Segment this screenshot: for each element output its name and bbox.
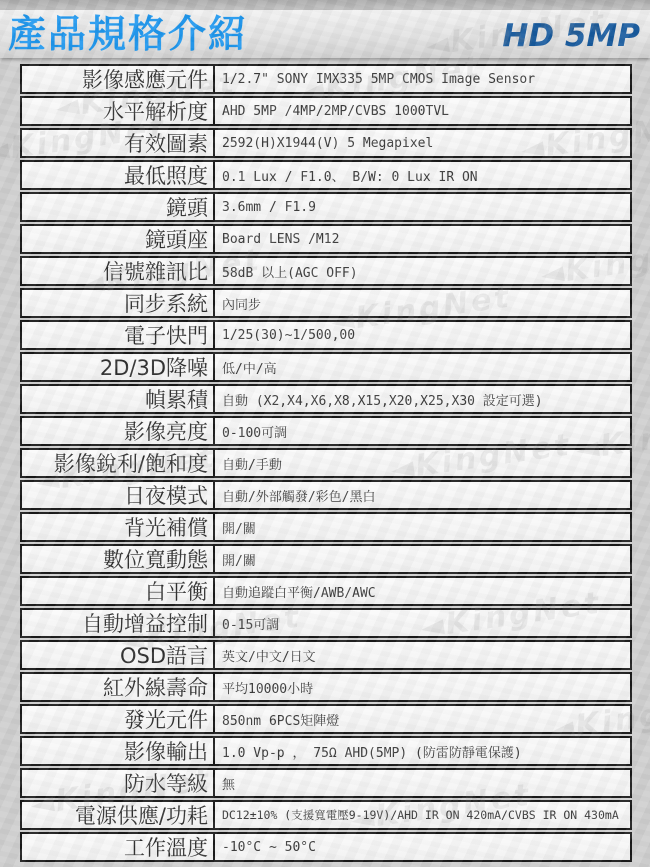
- spec-value: 開/關: [215, 514, 630, 540]
- spec-label: 背光補償: [22, 514, 215, 540]
- table-row: 防水等級 無: [20, 768, 632, 798]
- spec-label: 鏡頭: [22, 194, 215, 220]
- spec-value: 自動/手動: [215, 450, 630, 476]
- header-bar: 產品規格介紹 HD 5MP: [0, 10, 650, 58]
- spec-value: 0-15可調: [215, 610, 630, 636]
- spec-label: 影像感應元件: [22, 66, 215, 92]
- spec-value: 2592(H)X1944(V) 5 Megapixel: [215, 130, 630, 156]
- table-row: 電源供應/功耗 DC12±10% (支援寬電壓9-19V)/AHD IR ON …: [20, 800, 632, 830]
- spec-value: 英文/中文/日文: [215, 642, 630, 668]
- spec-label: 影像銳利/飽和度: [22, 450, 215, 476]
- spec-value: 3.6mm / F1.9: [215, 194, 630, 220]
- page: 產品規格介紹 HD 5MP 影像感應元件 1/2.7" SONY IMX335 …: [0, 0, 650, 867]
- spec-label: 電源供應/功耗: [22, 802, 215, 828]
- table-row: 紅外線壽命 平均10000小時: [20, 672, 632, 702]
- table-row: 鏡頭 3.6mm / F1.9: [20, 192, 632, 222]
- table-row: 2D/3D降噪 低/中/高: [20, 352, 632, 382]
- spec-label: 數位寬動態: [22, 546, 215, 572]
- table-row: 水平解析度 AHD 5MP /4MP/2MP/CVBS 1000TVL: [20, 96, 632, 126]
- spec-label: 電子快門: [22, 322, 215, 348]
- table-row: 影像銳利/飽和度 自動/手動: [20, 448, 632, 478]
- spec-value: 0-100可調: [215, 418, 630, 444]
- spec-value: 平均10000小時: [215, 674, 630, 700]
- table-row: 日夜模式 自動/外部觸發/彩色/黑白: [20, 480, 632, 510]
- spec-value: AHD 5MP /4MP/2MP/CVBS 1000TVL: [215, 98, 630, 124]
- spec-value: 無: [215, 770, 630, 796]
- table-row: 鏡頭座 Board LENS /M12: [20, 224, 632, 254]
- table-row: 電子快門 1/25(30)~1/500,00: [20, 320, 632, 350]
- spec-value: 自動 (X2,X4,X6,X8,X15,X20,X25,X30 設定可選): [215, 386, 630, 412]
- table-row: 影像輸出 1.0 Vp-p ， 75Ω AHD(5MP) (防雷防靜電保護): [20, 736, 632, 766]
- spec-label: 影像輸出: [22, 738, 215, 764]
- spec-label: 自動增益控制: [22, 610, 215, 636]
- spec-label: 水平解析度: [22, 98, 215, 124]
- spec-label: 信號雜訊比: [22, 258, 215, 284]
- spec-label: 幀累積: [22, 386, 215, 412]
- table-row: 影像亮度 0-100可調: [20, 416, 632, 446]
- table-row: 最低照度 0.1 Lux / F1.0、 B/W: 0 Lux IR ON: [20, 160, 632, 190]
- spec-table: 影像感應元件 1/2.7" SONY IMX335 5MP CMOS Image…: [20, 64, 632, 864]
- spec-value: 1/2.7" SONY IMX335 5MP CMOS Image Sensor: [215, 66, 630, 92]
- spec-value: 58dB 以上(AGC OFF): [215, 258, 630, 284]
- table-row: OSD語言 英文/中文/日文: [20, 640, 632, 670]
- table-row: 幀累積 自動 (X2,X4,X6,X8,X15,X20,X25,X30 設定可選…: [20, 384, 632, 414]
- spec-label: 2D/3D降噪: [22, 354, 215, 380]
- spec-value: 內同步: [215, 290, 630, 316]
- spec-label: 防水等級: [22, 770, 215, 796]
- spec-label: 最低照度: [22, 162, 215, 188]
- spec-label: 有效圖素: [22, 130, 215, 156]
- spec-value: 自動/外部觸發/彩色/黑白: [215, 482, 630, 508]
- spec-value: 850nm 6PCS矩陣燈: [215, 706, 630, 732]
- spec-value: 開/關: [215, 546, 630, 572]
- spec-label: 工作溫度: [22, 834, 215, 860]
- table-row: 背光補償 開/關: [20, 512, 632, 542]
- spec-value: 自動追蹤白平衡/AWB/AWC: [215, 578, 630, 604]
- spec-label: 影像亮度: [22, 418, 215, 444]
- spec-value: -10°C ~ 50°C: [215, 834, 630, 860]
- spec-value: DC12±10% (支援寬電壓9-19V)/AHD IR ON 420mA/CV…: [215, 802, 630, 828]
- page-title: 產品規格介紹: [8, 13, 248, 55]
- hd5mp-logo: HD 5MP: [502, 19, 640, 53]
- top-strip: [0, 0, 650, 10]
- kingnet-arrow-icon: ◄: [0, 132, 11, 170]
- spec-value: 1.0 Vp-p ， 75Ω AHD(5MP) (防雷防靜電保護): [215, 738, 630, 764]
- spec-label: 紅外線壽命: [22, 674, 215, 700]
- table-row: 工作溫度 -10°C ~ 50°C: [20, 832, 632, 862]
- spec-value: 低/中/高: [215, 354, 630, 380]
- table-row: 同步系統 內同步: [20, 288, 632, 318]
- spec-value: Board LENS /M12: [215, 226, 630, 252]
- spec-label: 日夜模式: [22, 482, 215, 508]
- spec-label: 鏡頭座: [22, 226, 215, 252]
- spec-label: 發光元件: [22, 706, 215, 732]
- spec-value: 1/25(30)~1/500,00: [215, 322, 630, 348]
- table-row: 發光元件 850nm 6PCS矩陣燈: [20, 704, 632, 734]
- spec-label: 同步系統: [22, 290, 215, 316]
- table-row: 影像感應元件 1/2.7" SONY IMX335 5MP CMOS Image…: [20, 64, 632, 94]
- table-row: 自動增益控制 0-15可調: [20, 608, 632, 638]
- table-row: 信號雜訊比 58dB 以上(AGC OFF): [20, 256, 632, 286]
- table-row: 有效圖素 2592(H)X1944(V) 5 Megapixel: [20, 128, 632, 158]
- table-row: 數位寬動態 開/關: [20, 544, 632, 574]
- spec-label: 白平衡: [22, 578, 215, 604]
- spec-value: 0.1 Lux / F1.0、 B/W: 0 Lux IR ON: [215, 162, 630, 188]
- table-row: 白平衡 自動追蹤白平衡/AWB/AWC: [20, 576, 632, 606]
- spec-label: OSD語言: [22, 642, 215, 668]
